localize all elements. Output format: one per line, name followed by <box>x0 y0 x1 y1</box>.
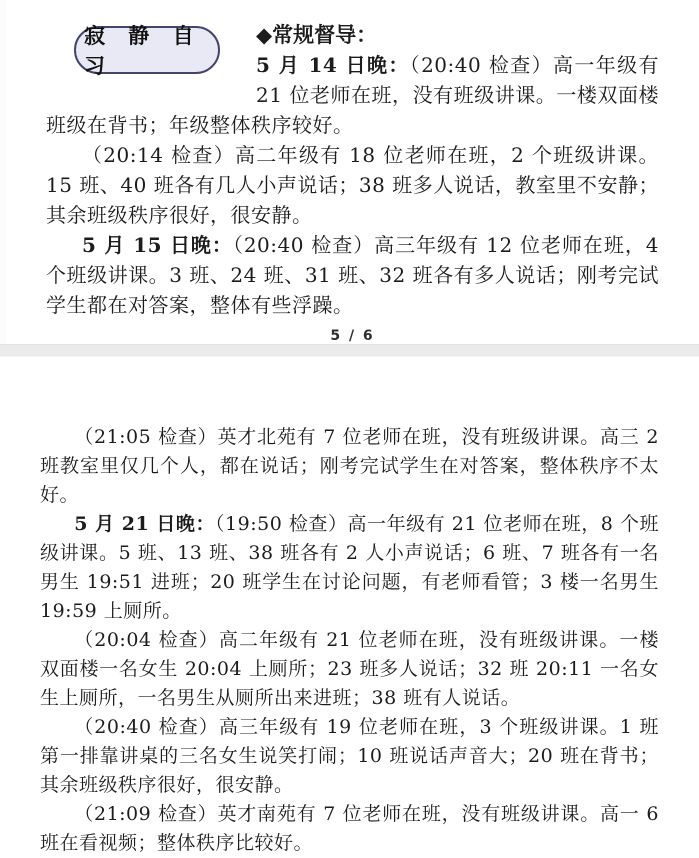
paragraph-text: （20:14 检查）高二年级有 18 位老师在班，2 个班级讲课。15 班、40… <box>46 143 659 227</box>
paragraph-text: （21:05 检查）英才北苑有 7 位老师在班，没有班级讲课。高三 2 班教室里… <box>40 426 659 506</box>
paragraph: （20:40 检查）高三年级有 19 位老师在班，3 个班级讲课。1 班第一排靠… <box>40 713 659 800</box>
paragraph: 5 月 21 日晚：（19:50 检查）高一年级有 21 位老师在班，8 个班级… <box>40 510 659 626</box>
quiet-study-stamp: 寂 静 自 习 <box>74 26 220 74</box>
paragraph-date-lead: 5 月 15 日晚： <box>82 233 233 257</box>
paragraph-text: （21:09 检查）英才南苑有 7 位老师在班，没有班级讲课。高一 6 班在看视… <box>40 803 659 854</box>
document-page-2: （21:05 检查）英才北苑有 7 位老师在班，没有班级讲课。高三 2 班教室里… <box>0 357 699 858</box>
page-number: 5 / 6 <box>46 328 659 344</box>
paragraph: 5 月 15 日晚：（20:40 检查）高三年级有 12 位老师在班，4 个班级… <box>46 230 659 320</box>
document-view: 寂 静 自 习 ◆常规督导： 5 月 14 日晚：（20:40 检查）高一年级有… <box>0 0 699 858</box>
page-gap-divider <box>0 344 699 357</box>
document-page-1: 寂 静 自 习 ◆常规督导： 5 月 14 日晚：（20:40 检查）高一年级有… <box>0 0 699 344</box>
paragraph-text: （20:04 检查）高二年级有 21 位老师在班，没有班级讲课。一楼双面楼一名女… <box>40 629 659 709</box>
paragraph: （20:14 检查）高二年级有 18 位老师在班，2 个班级讲课。15 班、40… <box>46 140 659 230</box>
paragraph-date-lead: 5 月 21 日晚： <box>74 513 215 535</box>
paragraph: （21:09 检查）英才南苑有 7 位老师在班，没有班级讲课。高一 6 班在看视… <box>40 800 659 858</box>
paragraph-text: （20:40 检查）高三年级有 19 位老师在班，3 个班级讲课。1 班第一排靠… <box>40 716 659 796</box>
paragraph-date-lead: 5 月 14 日晚： <box>256 53 410 77</box>
paragraph: （20:04 检查）高二年级有 21 位老师在班，没有班级讲课。一楼双面楼一名女… <box>40 626 659 713</box>
paragraph: （21:05 检查）英才北苑有 7 位老师在班，没有班级讲课。高三 2 班教室里… <box>40 423 659 510</box>
